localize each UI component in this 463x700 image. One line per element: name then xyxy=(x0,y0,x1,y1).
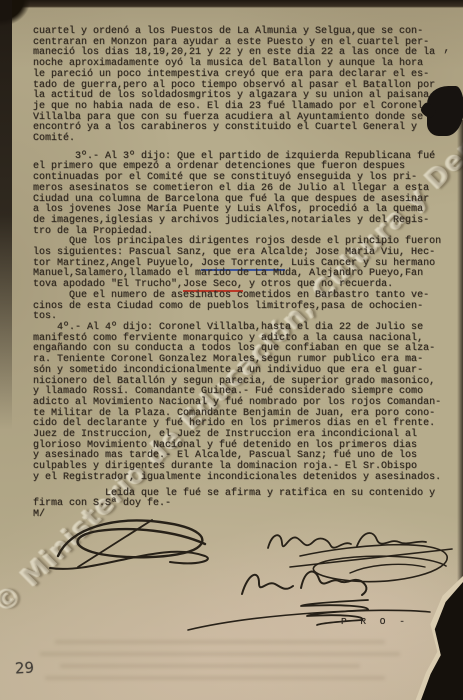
scanned-document-page: © Ministerio de Educación, Cultura y Dep… xyxy=(0,0,463,700)
text-line: firma con S.Sª doy fe.- xyxy=(33,499,447,510)
page-number: 29 xyxy=(15,659,35,678)
footer-pro-mark: P R O - xyxy=(341,616,409,627)
stray-ink-mark: , xyxy=(443,40,451,55)
hand-underlined-name: Jose Seco, xyxy=(183,279,243,290)
text-line: encontró ya a los carabineros y constitu… xyxy=(33,123,447,134)
torn-corner-shadow xyxy=(403,582,463,700)
text-line: cinos de esta Ciudad como de pueblos lim… xyxy=(33,302,447,313)
text-line: le pareció un poco intempestiva creyó qu… xyxy=(33,70,447,81)
text-line: y el Registrador, igualmente incondicion… xyxy=(33,473,447,484)
text-line: meros asesinatos se cometieron el dia 26… xyxy=(33,184,447,195)
signature-left-rubric xyxy=(50,520,208,569)
document-text: cuartel y ordenó a los Puestos de La Alm… xyxy=(33,27,447,521)
text-line: Que el numero de asesinatos cometidos en… xyxy=(33,291,447,302)
scan-edge-top xyxy=(0,0,463,8)
text-line: són y sometido incondicionalmente a un i… xyxy=(33,366,447,377)
text-line: adicto al Movimiento Nacional y fué nomb… xyxy=(33,398,447,409)
show-through-line xyxy=(45,676,385,680)
scan-edge-left xyxy=(0,0,12,430)
text-line: M/ xyxy=(33,510,447,521)
signature-modesto-lozano xyxy=(268,533,452,582)
show-through-line xyxy=(55,640,385,644)
show-through-line xyxy=(40,652,400,656)
text-line: Comité. xyxy=(33,134,447,145)
show-through-line xyxy=(60,664,360,668)
